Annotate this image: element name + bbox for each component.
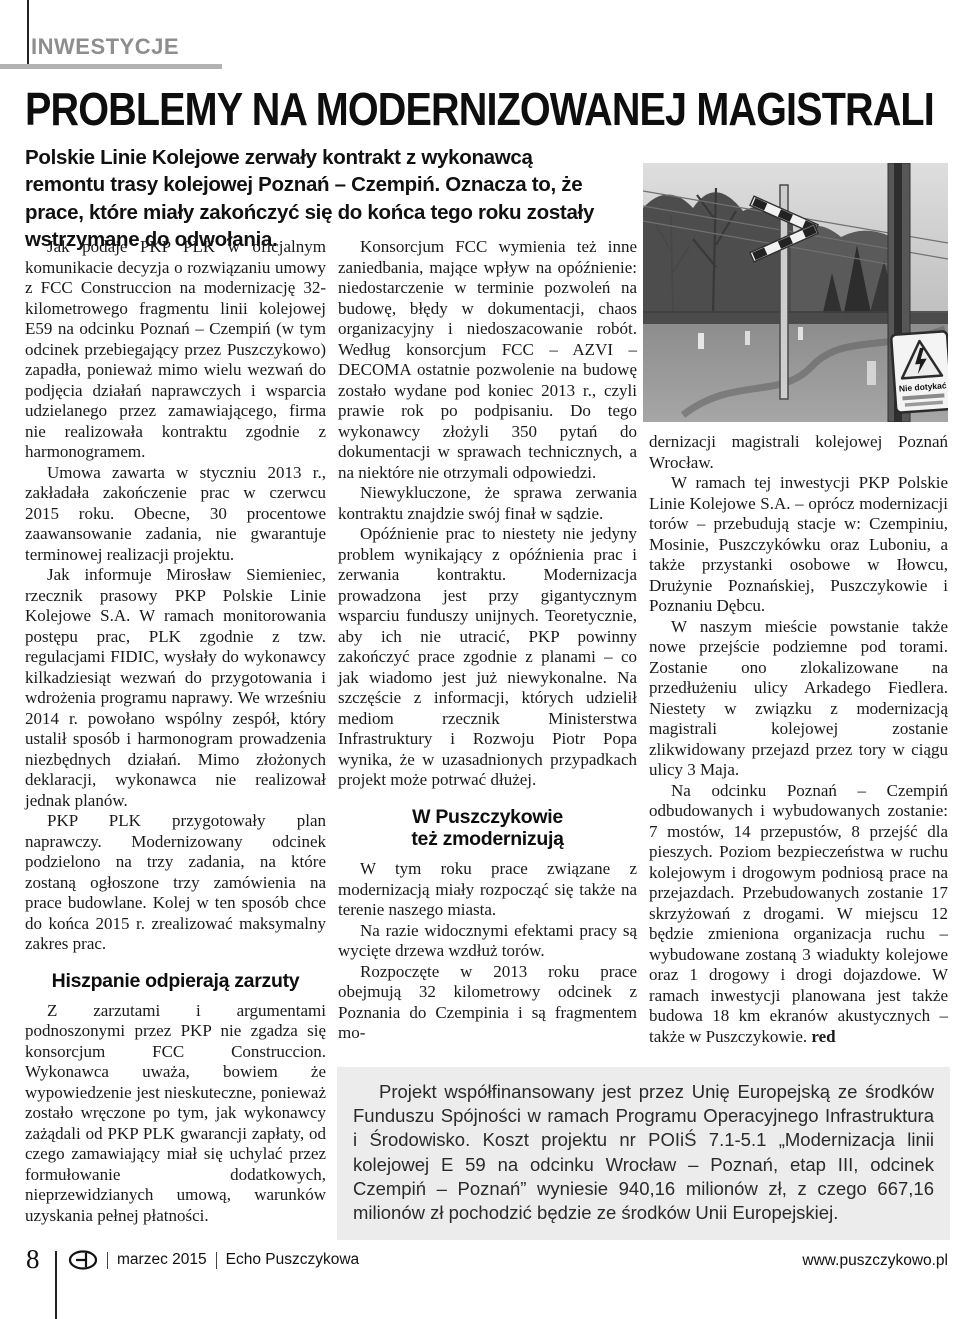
marker-post [798, 327, 803, 340]
subhead-line: też zmodernizują [411, 828, 563, 850]
footer-separator [107, 1252, 108, 1269]
paragraph: Konsorcjum FCC wymienia też inne zaniedb… [338, 237, 637, 483]
author-signature: red [811, 1027, 835, 1046]
paragraph: Umowa zawarta w styczniu 2013 r., zakład… [25, 463, 326, 566]
subhead-w-puszczykowie-tez-zmodernizuja: W Puszczykowieteż zmodernizują [338, 806, 637, 851]
article-column-3: dernizacji magistrali kolejowej Poznań W… [649, 432, 948, 1047]
paragraph: Niewykluczone, że sprawa zerwania kontra… [338, 483, 637, 524]
section-label: INWESTYCJE [31, 34, 179, 60]
paragraph: Na odcinku Poznań – Czempiń odbudowanych… [649, 781, 948, 1048]
footer-separator [216, 1252, 217, 1269]
footer-left: marzec 2015 Echo Puszczykowa [68, 1250, 359, 1270]
warning-sign: Nie dotykać [891, 331, 948, 413]
marker-post [745, 331, 750, 345]
paragraph: dernizacji magistrali kolejowej Poznań W… [649, 432, 948, 473]
photo-illustration: Nie dotykać [643, 163, 948, 422]
publication-name: Echo Puszczykowa [226, 1251, 360, 1269]
paragraph: W ramach tej inwestycji PKP Polskie Lini… [649, 473, 948, 617]
paragraph: Rozpoczęte w 2013 roku prace obejmują 32… [338, 962, 637, 1044]
paragraph: W naszym mieście powstanie także nowe pr… [649, 617, 948, 781]
paragraph: Jak podaje PKP PLK w oficjalnym komunika… [25, 237, 326, 463]
paragraph: Na razie widocznymi efektami pracy są wy… [338, 921, 637, 962]
subhead-line: W Puszczykowie [412, 806, 563, 828]
article-column-2: Konsorcjum FCC wymienia też inne zaniedb… [338, 237, 637, 1044]
article-title: PROBLEMY NA MODERNIZOWANEJ MAGISTRALI [25, 82, 934, 136]
magazine-page: INWESTYCJE PROBLEMY NA MODERNIZOWANEJ MA… [0, 0, 960, 1319]
article-column-1: Jak podaje PKP PLK w oficjalnym komunika… [25, 237, 326, 1226]
subhead-hiszpanie-odpieraja-zarzuty: Hiszpanie odpierają zarzuty [25, 970, 326, 992]
eu-funding-text: Projekt współfinansowany jest przez Unię… [353, 1080, 934, 1225]
issue-date: marzec 2015 [117, 1251, 207, 1269]
section-underline-bar [0, 64, 222, 69]
paragraph: PKP PLK przygotowały plan naprawczy. Mod… [25, 811, 326, 955]
paragraph: Opóźnienie prac to niestety nie jedyny p… [338, 524, 637, 791]
paragraph: Jak informuje Mirosław Siemieniec, rzecz… [25, 565, 326, 811]
page-number: 8 [26, 1244, 40, 1275]
corner-rule [27, 0, 29, 67]
echo-puszczykowa-logo [68, 1250, 98, 1270]
paragraph: W tym roku prace związane z modernizacją… [338, 859, 637, 921]
website-url: www.puszczykowo.pl [802, 1252, 948, 1270]
paragraph-text: Na odcinku Poznań – Czempiń odbudowanych… [649, 781, 948, 1046]
railway-crossing-photo: Nie dotykać [643, 163, 948, 422]
marker-post [867, 361, 876, 385]
footer-rule [55, 1251, 57, 1319]
eu-funding-box: Projekt współfinansowany jest przez Unię… [337, 1067, 950, 1240]
paragraph: Z zarzutami i argumentami podnoszonymi p… [25, 1001, 326, 1227]
marker-post [698, 333, 704, 349]
